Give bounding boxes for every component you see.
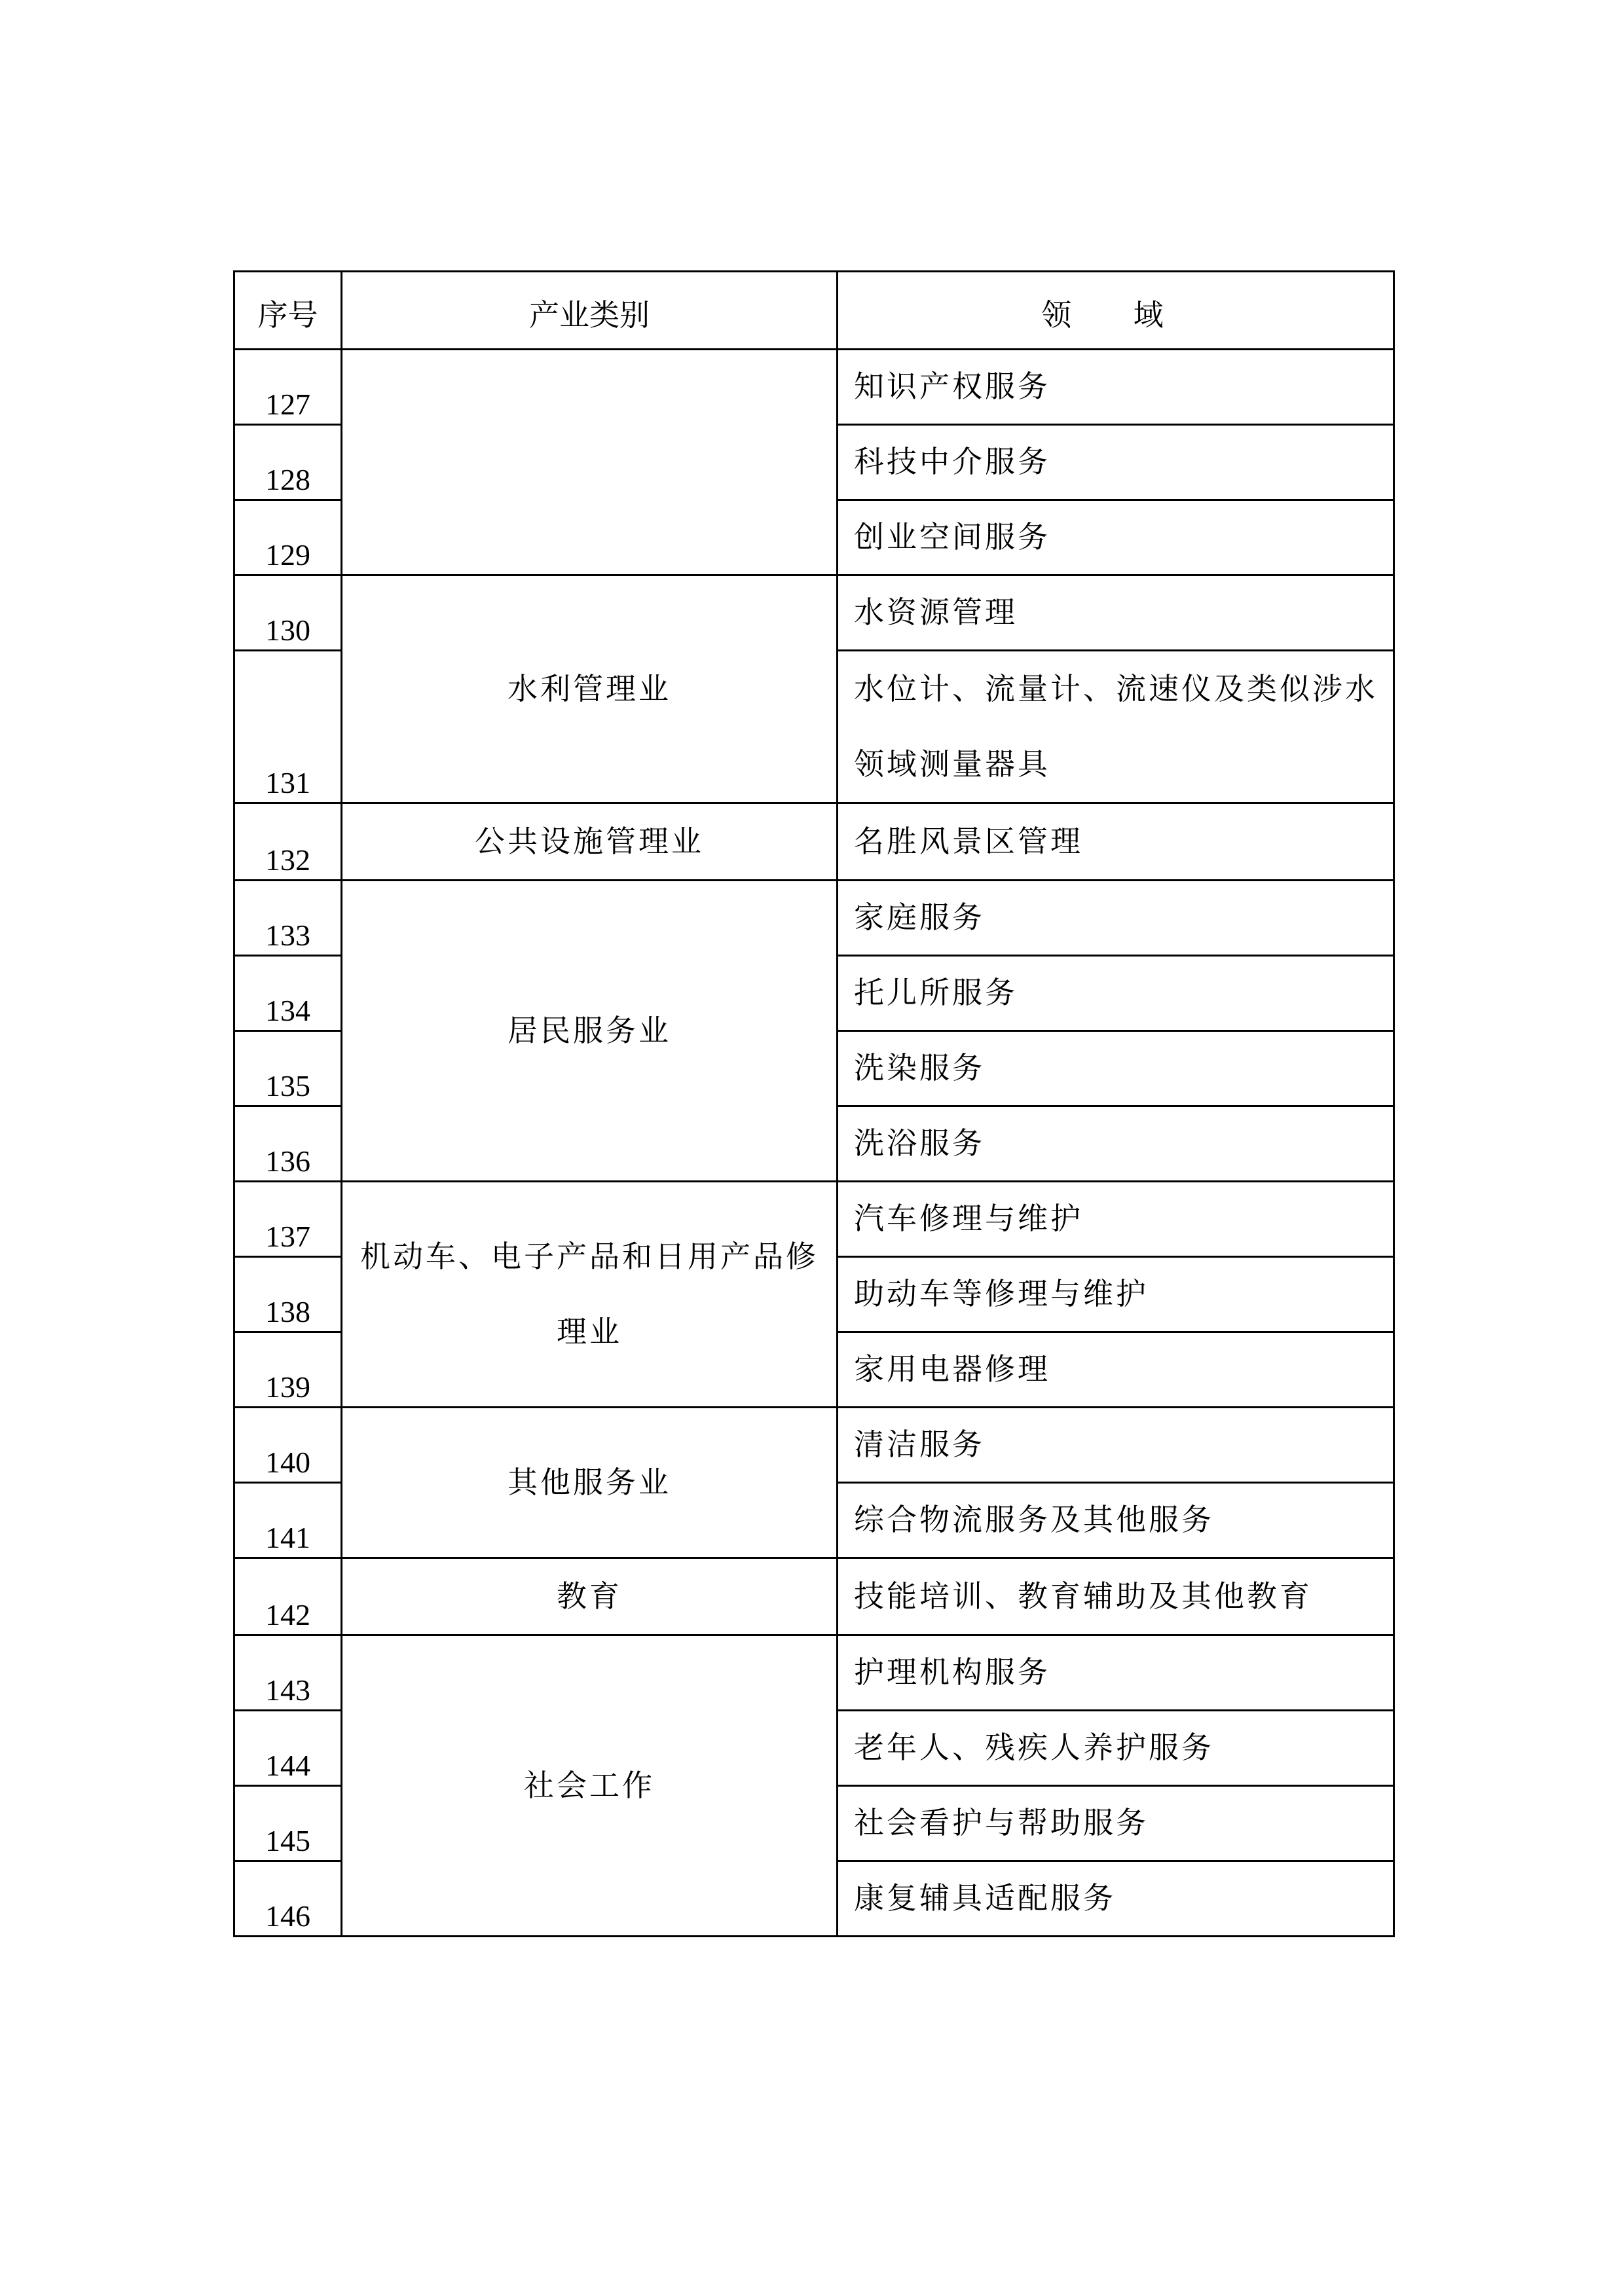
row-seq: 146: [234, 1861, 342, 1937]
row-field: 综合物流服务及其他服务: [838, 1483, 1394, 1558]
row-seq: 133: [234, 881, 342, 956]
row-seq: 128: [234, 425, 342, 500]
row-field: 水资源管理: [838, 575, 1394, 651]
table-row: 142 教育 技能培训、教育辅助及其他教育: [234, 1558, 1394, 1635]
row-category: [342, 350, 838, 575]
table-header-row: 序号 产业类别 领 域: [234, 272, 1394, 350]
row-seq: 129: [234, 500, 342, 575]
table-row: 143 社会工作 护理机构服务: [234, 1635, 1394, 1711]
row-field: 汽车修理与维护: [838, 1182, 1394, 1257]
row-category: 机动车、电子产品和日用产品修理业: [342, 1182, 838, 1408]
row-field: 水位计、流量计、流速仪及类似涉水领域测量器具: [838, 651, 1394, 803]
row-field: 清洁服务: [838, 1408, 1394, 1483]
row-field: 社会看护与帮助服务: [838, 1786, 1394, 1861]
row-category: 水利管理业: [342, 575, 838, 803]
row-seq: 135: [234, 1031, 342, 1106]
table-row: 137 机动车、电子产品和日用产品修理业 汽车修理与维护: [234, 1182, 1394, 1257]
row-seq: 143: [234, 1635, 342, 1711]
table-row: 127 知识产权服务: [234, 350, 1394, 425]
row-seq: 136: [234, 1106, 342, 1182]
industry-field-table: 序号 产业类别 领 域 127 知识产权服务 128 科技中介服务 129 创业…: [233, 270, 1395, 1937]
row-seq: 132: [234, 803, 342, 881]
row-field: 家用电器修理: [838, 1332, 1394, 1408]
row-seq: 130: [234, 575, 342, 651]
row-seq: 140: [234, 1408, 342, 1483]
row-seq: 141: [234, 1483, 342, 1558]
table-row: 130 水利管理业 水资源管理: [234, 575, 1394, 651]
row-category: 公共设施管理业: [342, 803, 838, 881]
row-field: 护理机构服务: [838, 1635, 1394, 1711]
row-seq: 137: [234, 1182, 342, 1257]
header-category: 产业类别: [342, 272, 838, 350]
row-field: 托儿所服务: [838, 956, 1394, 1031]
row-field: 创业空间服务: [838, 500, 1394, 575]
table-row: 133 居民服务业 家庭服务: [234, 881, 1394, 956]
row-seq: 131: [234, 651, 342, 803]
row-field: 洗染服务: [838, 1031, 1394, 1106]
row-seq: 139: [234, 1332, 342, 1408]
row-seq: 144: [234, 1711, 342, 1786]
row-field: 洗浴服务: [838, 1106, 1394, 1182]
header-seq: 序号: [234, 272, 342, 350]
row-seq: 142: [234, 1558, 342, 1635]
row-category: 教育: [342, 1558, 838, 1635]
row-field: 家庭服务: [838, 881, 1394, 956]
row-seq: 134: [234, 956, 342, 1031]
table-row: 140 其他服务业 清洁服务: [234, 1408, 1394, 1483]
row-seq: 127: [234, 350, 342, 425]
row-field: 科技中介服务: [838, 425, 1394, 500]
row-field: 康复辅具适配服务: [838, 1861, 1394, 1937]
row-field: 技能培训、教育辅助及其他教育: [838, 1558, 1394, 1635]
row-seq: 145: [234, 1786, 342, 1861]
row-field: 老年人、残疾人养护服务: [838, 1711, 1394, 1786]
header-field: 领 域: [838, 272, 1394, 350]
row-field: 知识产权服务: [838, 350, 1394, 425]
row-field: 名胜风景区管理: [838, 803, 1394, 881]
row-seq: 138: [234, 1257, 342, 1332]
table-row: 132 公共设施管理业 名胜风景区管理: [234, 803, 1394, 881]
row-category: 社会工作: [342, 1635, 838, 1937]
row-category: 其他服务业: [342, 1408, 838, 1558]
row-category: 居民服务业: [342, 881, 838, 1182]
row-field: 助动车等修理与维护: [838, 1257, 1394, 1332]
